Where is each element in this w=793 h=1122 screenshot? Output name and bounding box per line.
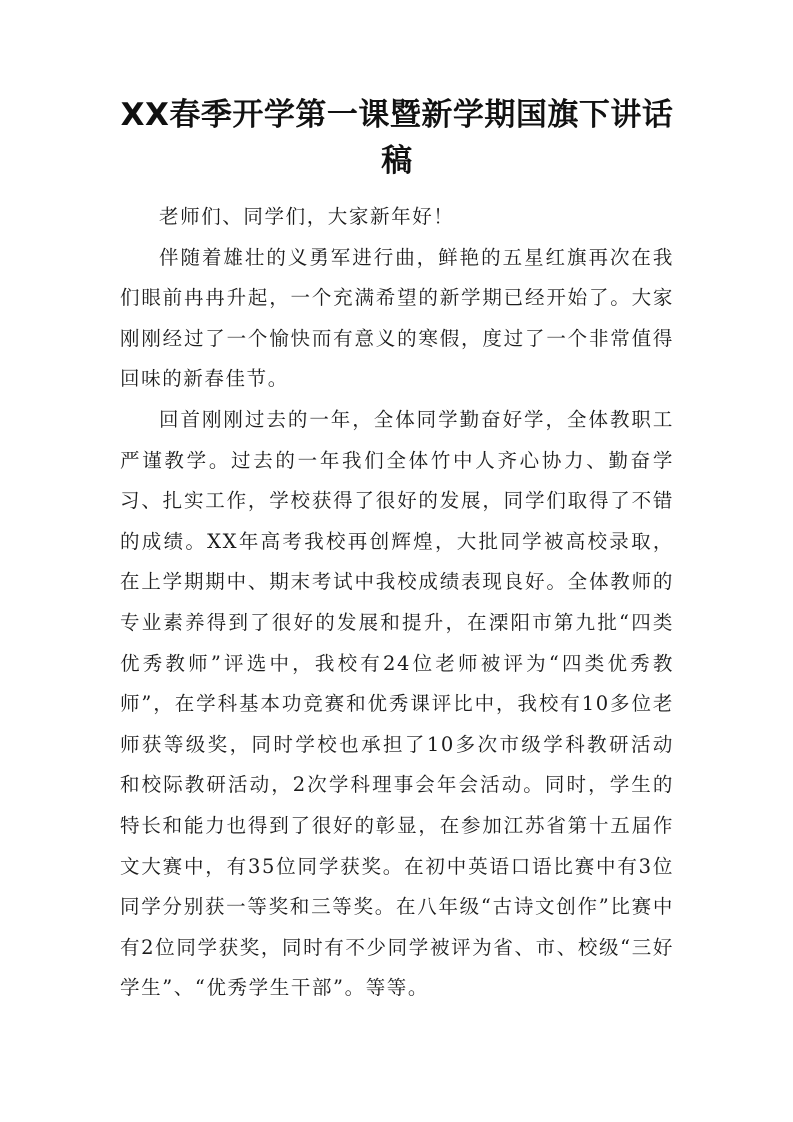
paragraph-greeting: 老师们、同学们，大家新年好！ <box>120 197 674 238</box>
document-title: XX春季开学第一课暨新学期国旗下讲话稿 <box>120 92 674 184</box>
document-body: 老师们、同学们，大家新年好！ 伴随着雄壮的义勇军进行曲，鲜艳的五星红旗再次在我们… <box>120 197 674 1009</box>
document-page: XX春季开学第一课暨新学期国旗下讲话稿 老师们、同学们，大家新年好！ 伴随着雄壮… <box>120 92 674 1009</box>
paragraph-review: 回首刚刚过去的一年，全体同学勤奋好学，全体教职工严谨教学。过去的一年我们全体竹中… <box>120 400 674 1009</box>
paragraph-opening: 伴随着雄壮的义勇军进行曲，鲜艳的五星红旗再次在我们眼前冉冉升起，一个充满希望的新… <box>120 238 674 400</box>
